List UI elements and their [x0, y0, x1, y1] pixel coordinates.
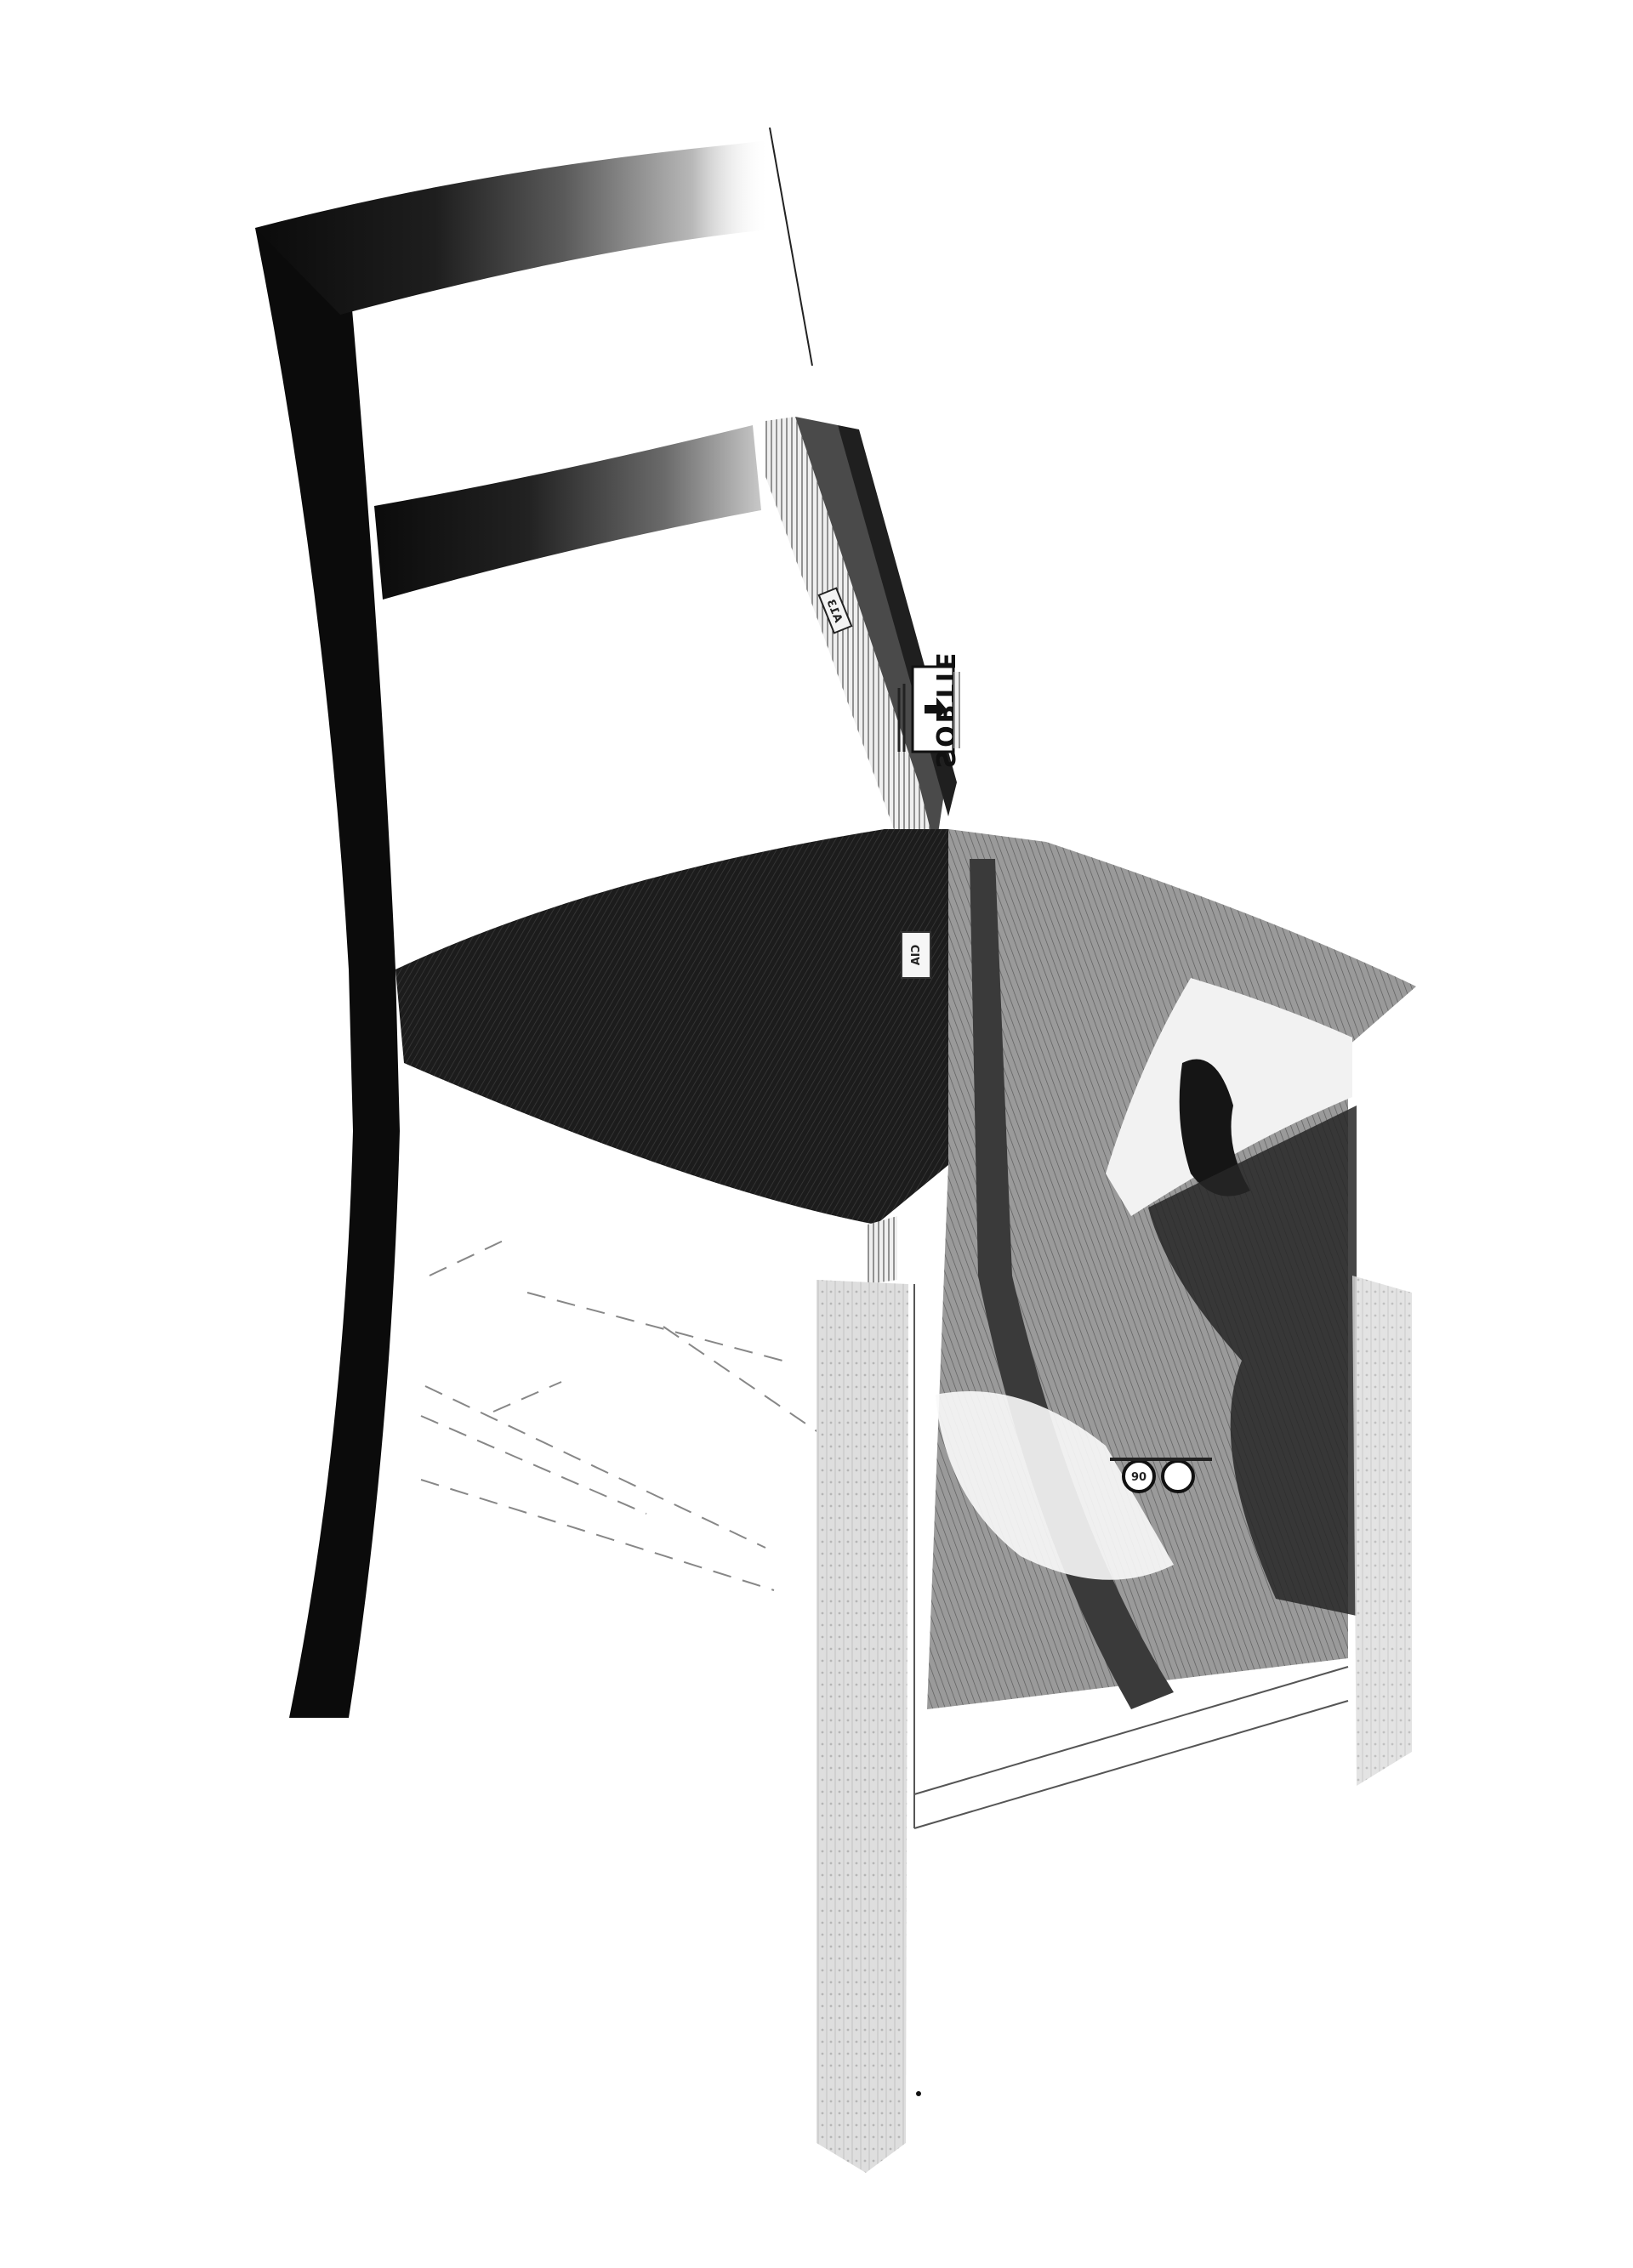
front-right-leg: [1352, 1276, 1412, 1786]
svg-text:90: 90: [1131, 1471, 1147, 1484]
backrest-collage: A13: [765, 417, 957, 850]
seat: [395, 829, 948, 1225]
seat-front-edge: [868, 1216, 897, 1284]
ghost-back-frame: [421, 1237, 851, 1590]
backrest-right-edge: [770, 128, 812, 366]
backrest-middle-rail: [374, 425, 761, 600]
rear-left-post: [255, 223, 400, 1718]
chair-artwork: A13 SORTIE 90 CIA: [0, 0, 1633, 2268]
small-sign-seat: CIA: [902, 932, 930, 978]
svg-text:CIA: CIA: [910, 945, 923, 965]
front-left-leg: [816, 1280, 908, 2173]
backrest-top-rail: [255, 140, 770, 315]
ink-dot: [916, 2091, 921, 2096]
blank-round-sign-icon: [1163, 1461, 1193, 1492]
